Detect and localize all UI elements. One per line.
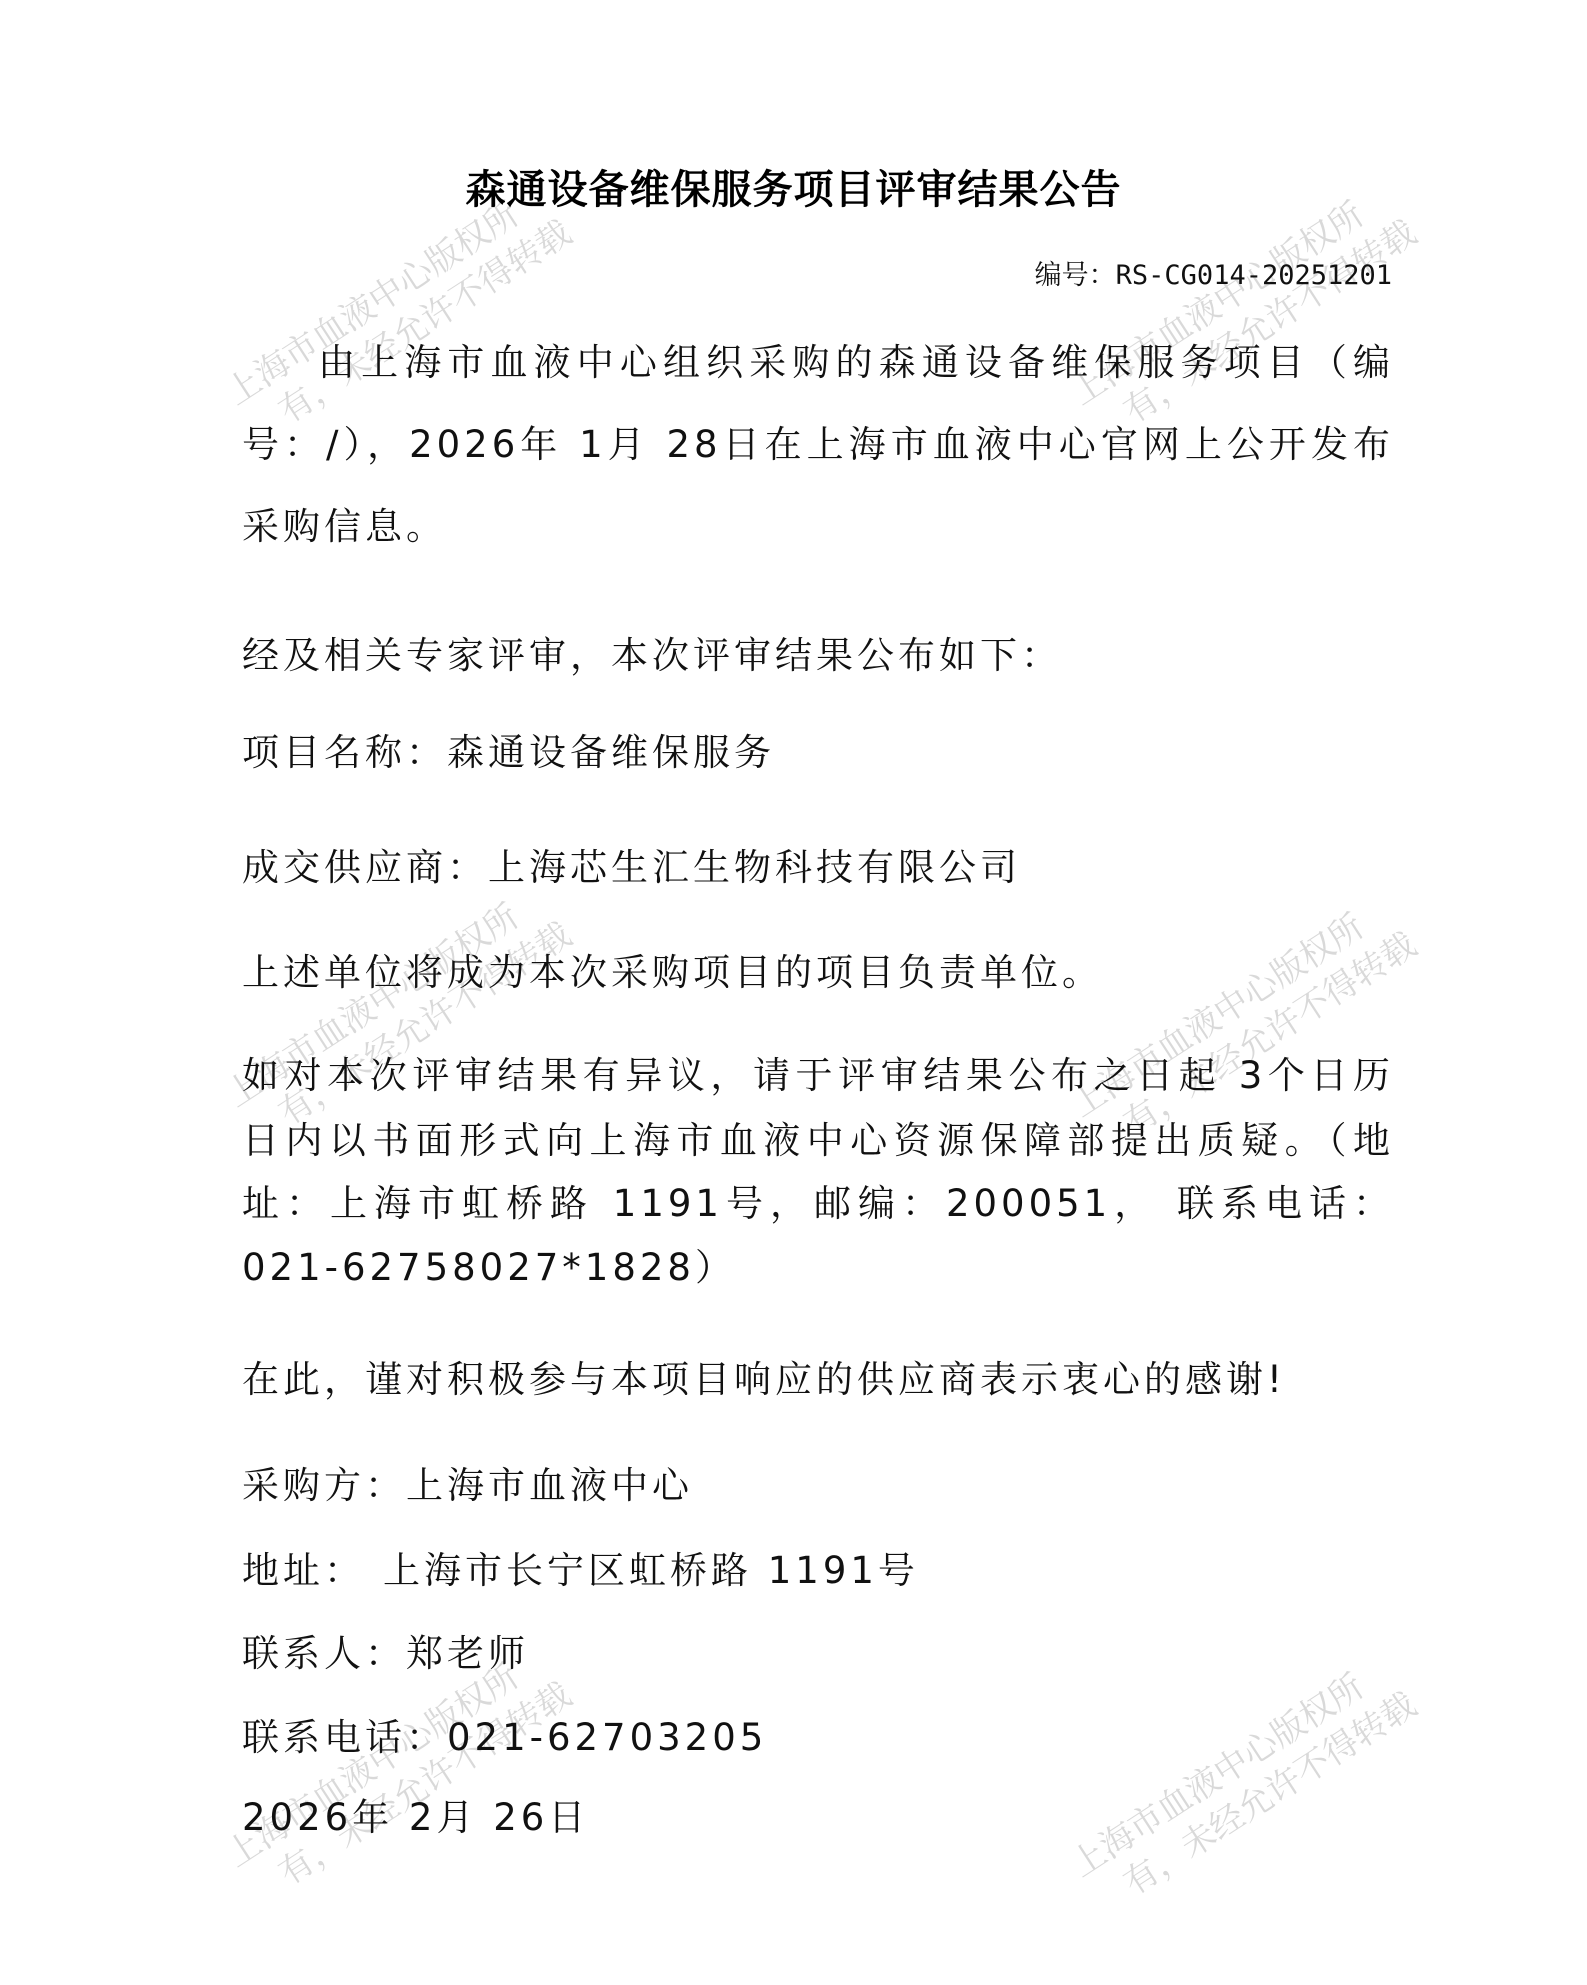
address-row: 地址：上海市长宁区虹桥路 1191号: [242, 1540, 1394, 1594]
phone-label: 联系电话：: [242, 1716, 447, 1759]
purchaser-label: 采购方：: [242, 1464, 406, 1507]
address-label: 地址：: [242, 1549, 365, 1592]
intro-line-1: 由上海市血液中心组织采购的森通设备维保服务项目（编: [242, 332, 1394, 386]
responsibility-statement: 上述单位将成为本次采购项目的项目负责单位。: [242, 942, 1394, 996]
objection-line-1: 如对本次评审结果有异议，请于评审结果公布之日起 3个日历: [242, 1045, 1394, 1099]
project-name-label: 项目名称：: [242, 731, 447, 774]
phone-row: 联系电话：021-62703205: [242, 1707, 1394, 1761]
thanks-statement: 在此，谨对积极参与本项目响应的供应商表示衷心的感谢!: [242, 1349, 1394, 1403]
phone-value: 021-62703205: [447, 1716, 767, 1759]
document-date: 2026年 2月 26日: [242, 1787, 1394, 1841]
contact-label: 联系人：: [242, 1632, 406, 1675]
contact-row: 联系人：郑老师: [242, 1623, 1394, 1677]
purchaser-row: 采购方：上海市血液中心: [242, 1455, 1394, 1509]
contact-value: 郑老师: [406, 1632, 529, 1675]
document-number-label: 编号：: [1035, 260, 1116, 291]
document-number: 编号：RS-CG014-20251201: [1035, 253, 1392, 292]
supplier-value: 上海芯生汇生物科技有限公司: [488, 846, 1021, 889]
document-number-value: RS-CG014-20251201: [1116, 260, 1392, 291]
document-content: 森通设备维保服务项目评审结果公告 编号：RS-CG014-20251201 由上…: [0, 0, 1587, 1985]
objection-line-3: 址：上海市虹桥路 1191号，邮编：200051， 联系电话：: [242, 1173, 1394, 1227]
objection-line-2: 日内以书面形式向上海市血液中心资源保障部提出质疑。（地: [242, 1110, 1394, 1164]
purchaser-value: 上海市血液中心: [406, 1464, 693, 1507]
intro-line-3: 采购信息。: [242, 496, 1394, 550]
review-statement: 经及相关专家评审，本次评审结果公布如下：: [242, 625, 1394, 679]
objection-line-4: 021-62758027*1828）: [242, 1237, 1394, 1291]
address-value: 上海市长宁区虹桥路 1191号: [383, 1549, 919, 1592]
project-name-value: 森通设备维保服务: [447, 731, 775, 774]
supplier-label: 成交供应商：: [242, 846, 488, 889]
supplier-row: 成交供应商：上海芯生汇生物科技有限公司: [242, 837, 1394, 891]
document-title: 森通设备维保服务项目评审结果公告: [0, 158, 1587, 215]
document-page: 上海市血液中心版权所 有，未经允许不得转载 上海市血液中心版权所 有，未经允许不…: [0, 0, 1587, 1985]
intro-line-2: 号：/），2026年 1月 28日在上海市血液中心官网上公开发布: [242, 414, 1394, 468]
project-name-row: 项目名称：森通设备维保服务: [242, 722, 1394, 776]
